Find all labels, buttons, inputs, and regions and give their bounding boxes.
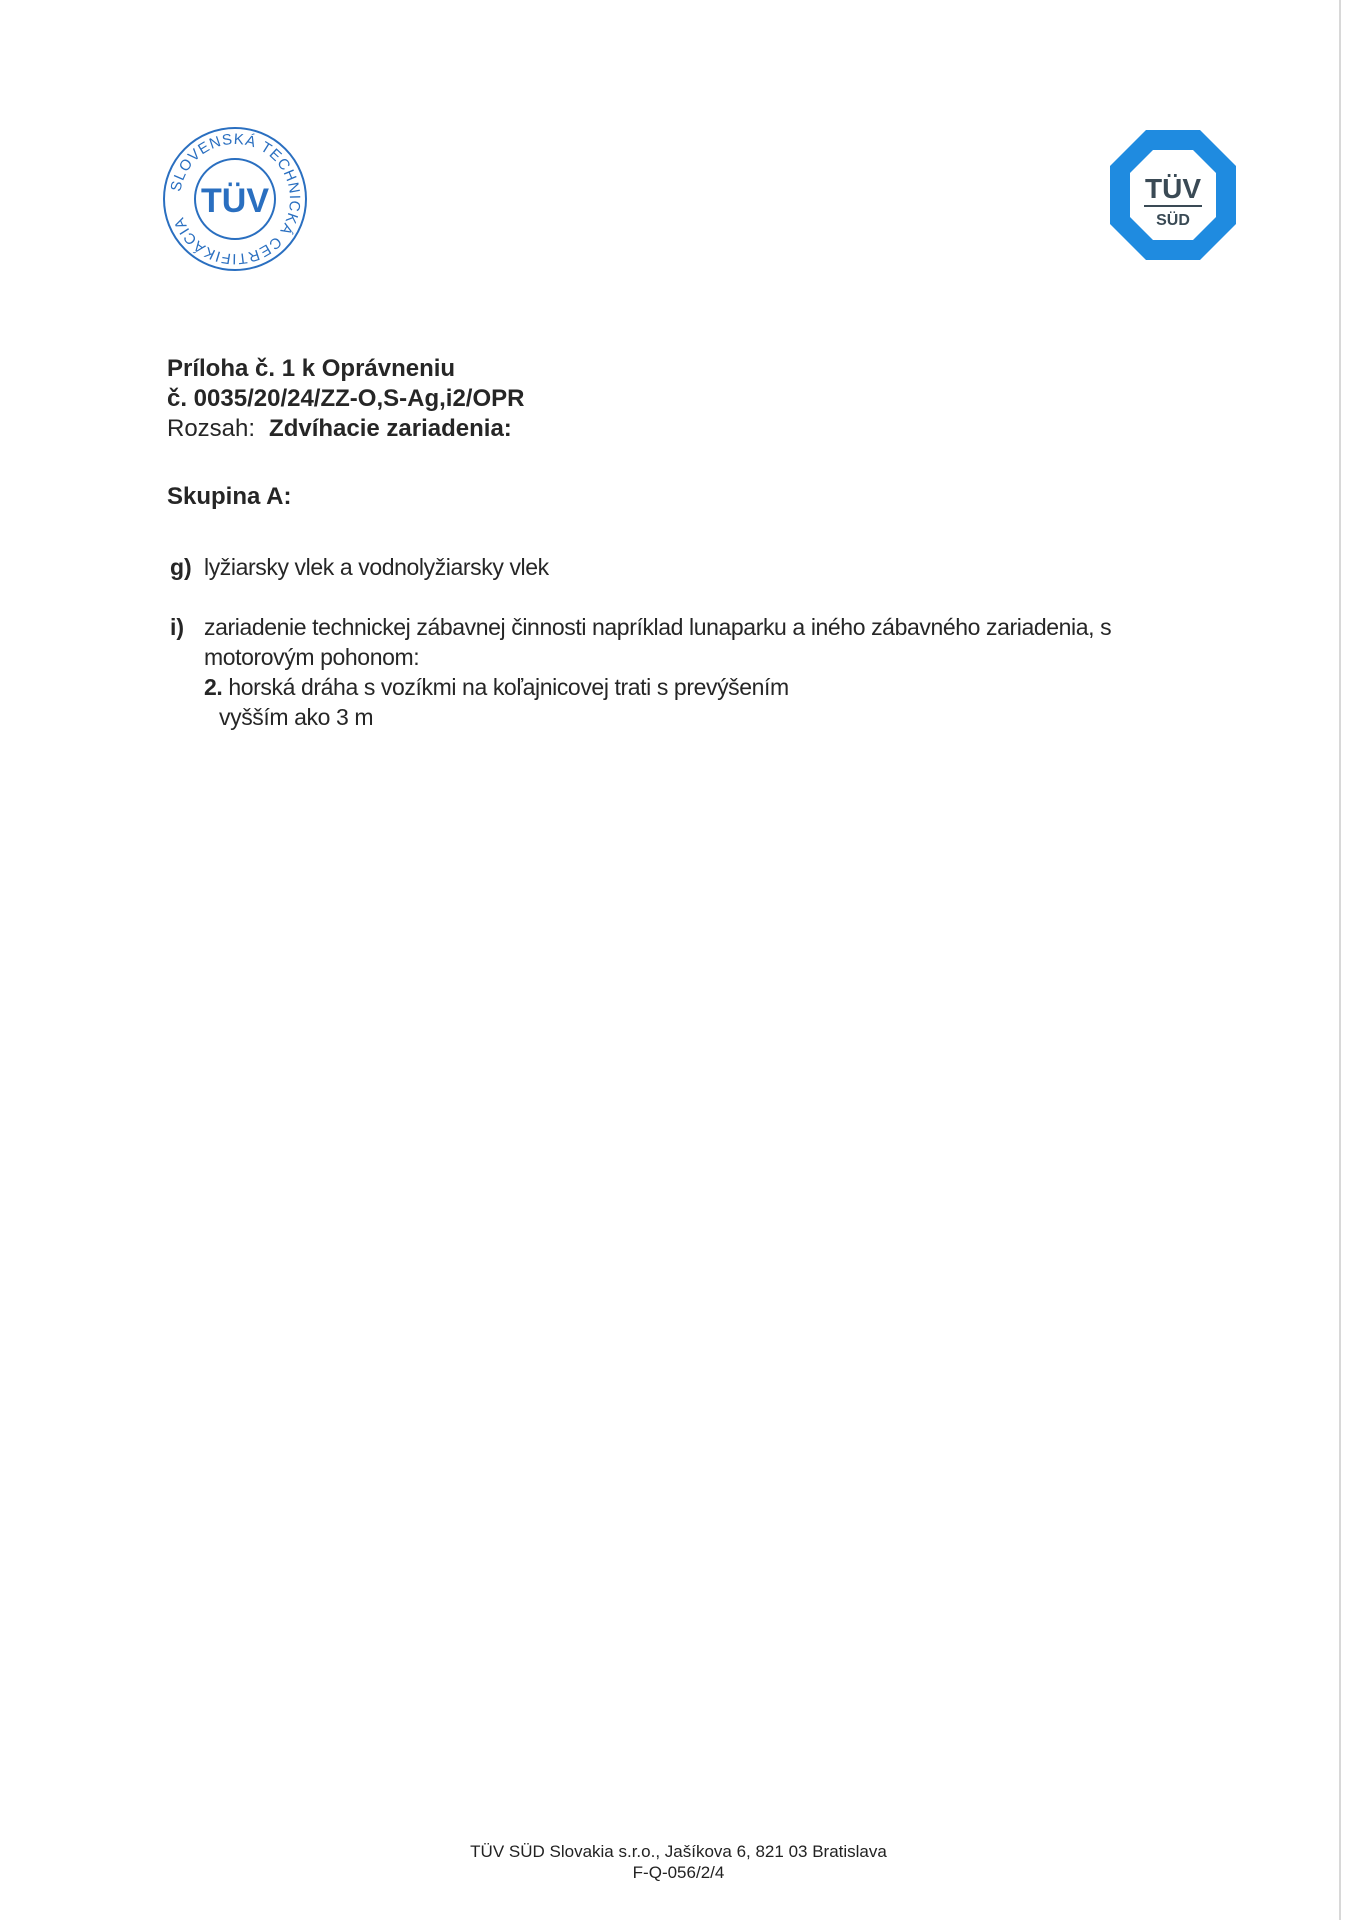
scope-line: Rozsah:Zdvíhacie zariadenia:: [167, 414, 1167, 444]
authorization-number: č. 0035/20/24/ZZ-O,S-Ag,i2/OPR: [167, 384, 1167, 414]
item-letter: i): [170, 612, 204, 732]
document-body: Príloha č. 1 k Oprávneniu č. 0035/20/24/…: [167, 354, 1167, 732]
list-item-g: g) lyžiarsky vlek a vodnolyžiarsky vlek: [170, 552, 1167, 582]
document-title: Príloha č. 1 k Oprávneniu: [167, 354, 1167, 384]
scope-label: Rozsah:: [167, 415, 255, 442]
item-letter: g): [170, 552, 204, 582]
group-heading: Skupina A:: [167, 482, 1167, 512]
item-text: zariadenie technickej zábavnej činnosti …: [204, 612, 1167, 672]
slovak-technical-certification-seal: SLOVENSKÁ TECHNICKÁ CERTIFIKÁCIA TÜV: [160, 124, 310, 274]
sub-item-number: 2.: [204, 672, 222, 702]
list-item-i: i) zariadenie technickej zábavnej činnos…: [170, 612, 1167, 732]
scan-edge-line: [1339, 0, 1341, 1920]
svg-text:SÜD: SÜD: [1156, 210, 1190, 229]
tuv-sud-logo: TÜV SÜD: [1108, 128, 1238, 262]
footer-company-address: TÜV SÜD Slovakia s.r.o., Jašíkova 6, 821…: [0, 1841, 1357, 1862]
octagon-logo-icon: TÜV SÜD: [1108, 128, 1238, 262]
seal-icon: SLOVENSKÁ TECHNICKÁ CERTIFIKÁCIA TÜV: [160, 124, 310, 274]
svg-text:TÜV: TÜV: [201, 182, 269, 220]
footer-form-code: F-Q-056/2/4: [0, 1862, 1357, 1883]
footer: TÜV SÜD Slovakia s.r.o., Jašíkova 6, 821…: [0, 1841, 1357, 1883]
sub-item-text-continued: vyšším ako 3 m: [204, 702, 1167, 732]
item-text: lyžiarsky vlek a vodnolyžiarsky vlek: [204, 552, 1167, 582]
svg-text:TÜV: TÜV: [1145, 173, 1201, 204]
scope-value: Zdvíhacie zariadenia:: [269, 415, 512, 442]
sub-item-text: horská dráha s vozíkmi na koľajnicovej t…: [228, 672, 788, 702]
sub-item-2: 2. horská dráha s vozíkmi na koľajnicove…: [204, 672, 1167, 702]
